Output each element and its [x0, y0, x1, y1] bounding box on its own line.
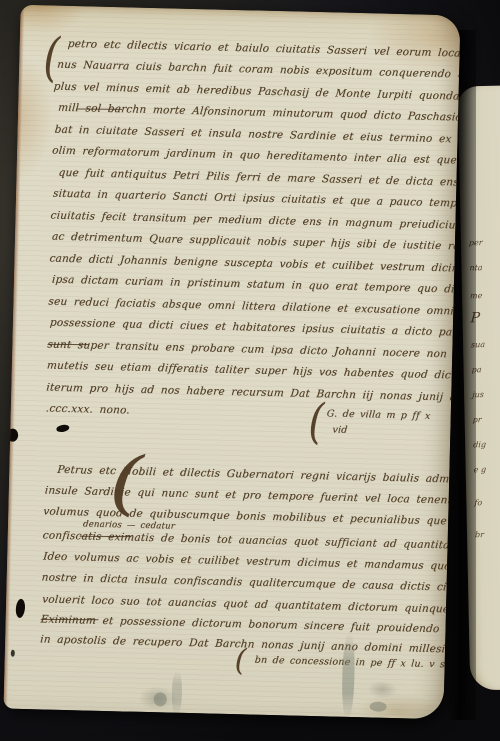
manuscript-line: bat in ciuitate Sasseri et insula nostre… — [54, 124, 460, 148]
manuscript-line: .ccc.xxx. nono. — [45, 402, 130, 416]
manuscript-line: seu reduci faciatis absque omni littera … — [48, 296, 461, 320]
registration-note-bracket: ( — [234, 646, 246, 676]
manuscript-line: mutetis seu etiam differatis taliter sup… — [46, 359, 460, 385]
manuscript-line: ac detrimentum Quare supplicauit nobis s… — [51, 231, 460, 255]
manuscript-line: olim reformatorum jardinum in quo heredi… — [52, 145, 461, 170]
facing-text-fragment: br — [475, 530, 485, 539]
manuscript-line: iterum pro hijs ad nos habere recursum D… — [46, 381, 461, 405]
ink-blot — [7, 429, 18, 442]
stain — [341, 633, 355, 719]
manuscript-line: ciuitatis fecit transitum per medium dic… — [50, 210, 461, 235]
stain — [171, 671, 182, 715]
manuscript-line: mill sol barchn morte Alfonsinorum minut… — [58, 102, 461, 128]
manuscript-line: possessione qua dicti ciues et habitator… — [49, 317, 460, 342]
manuscript-line: nus Nauarra ciuis barchn fuit coram nobi… — [57, 59, 461, 84]
photo-background: per nta me P sua pa jus pr dig e g fo br… — [0, 0, 500, 741]
stain — [154, 692, 167, 706]
ink-blot — [56, 424, 70, 433]
manuscript-line: ipsa dictam curiam in pristinum statum i… — [51, 274, 460, 300]
manuscript-line: situata in quarterio Sancti Orti ipsius … — [52, 188, 460, 214]
ink-blot — [15, 599, 26, 619]
stain — [370, 701, 387, 711]
manuscript-line: petro etc dilectis vicario et baiulo ciu… — [67, 38, 460, 63]
chancery-note-line: vid — [332, 424, 348, 435]
manuscript-line: in apostolis de recupero Dat Barchn nona… — [40, 633, 461, 657]
manuscript-page: ( petro etc dilectis vicario et baiulo c… — [3, 5, 460, 720]
chancery-note-bracket: ( — [308, 398, 325, 446]
chancery-note-line: G. de villa m p ff x — [326, 408, 431, 422]
manuscript-line: que fuit antiquitus Petri Pilis ferri de… — [58, 167, 461, 191]
registration-note: bn de concessione in pe ff x lu. v s. vi… — [254, 655, 460, 671]
ink-blot — [11, 650, 15, 657]
